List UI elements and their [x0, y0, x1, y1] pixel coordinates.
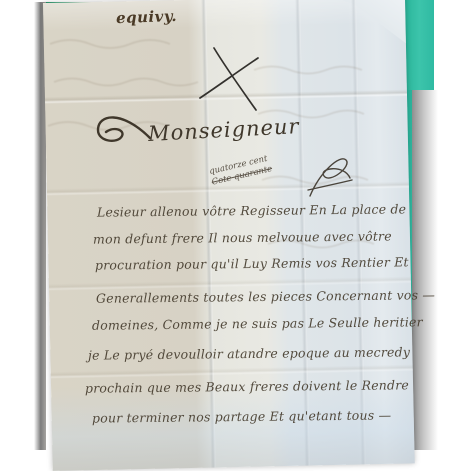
x-mark	[198, 46, 270, 112]
body-line: pour terminer nos partage Et qu'etant to…	[92, 407, 391, 425]
body-line: mon defunt frere Il nous melvouue avec v…	[93, 228, 392, 246]
photo-right-shadow	[412, 90, 438, 450]
paraph-flourish	[300, 150, 356, 202]
photo-of-letter: equivy. Monseigneur quatorze cent Cote q…	[0, 0, 450, 450]
header-note: equivy.	[116, 7, 178, 27]
